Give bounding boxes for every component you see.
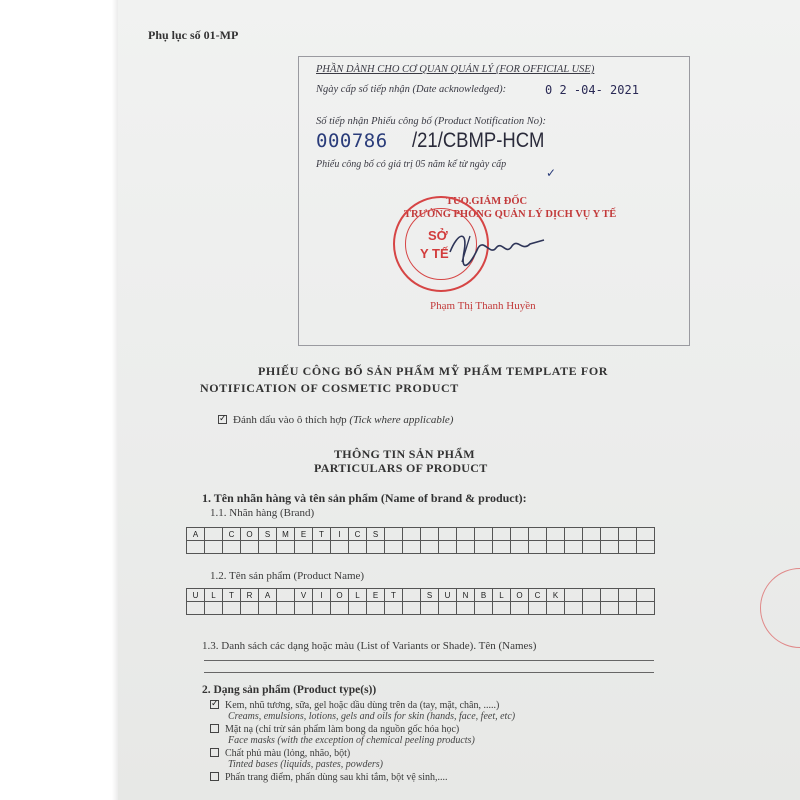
product-type-option: Phấn trang điểm, phấn dùng sau khi tắm, … xyxy=(210,772,447,783)
grid-cell xyxy=(259,541,277,554)
grid-cell: U xyxy=(439,589,457,602)
grid-cell: E xyxy=(367,589,385,602)
product-type-option: Mặt nạ (chỉ trừ sản phẩm làm bong da ngu… xyxy=(210,724,459,735)
grid-cell xyxy=(601,528,619,541)
grid-cell xyxy=(457,528,475,541)
grid-cell xyxy=(529,541,547,554)
grid-cell xyxy=(583,528,601,541)
signatory-name: Phạm Thị Thanh Huyền xyxy=(430,300,536,312)
grid-cell xyxy=(277,541,295,554)
grid-cell xyxy=(313,541,331,554)
grid-cell xyxy=(583,541,601,554)
product-name-label: 1.2. Tên sản phẩm (Product Name) xyxy=(210,570,364,582)
product-type-option: Chất phủ màu (lỏng, nhão, bột) xyxy=(210,748,350,759)
brand-label: 1.1. Nhãn hàng (Brand) xyxy=(210,507,314,519)
grid-cell xyxy=(637,602,655,615)
grid-cell xyxy=(637,528,655,541)
grid-cell: I xyxy=(313,589,331,602)
product-type-label-vi: Mặt nạ (chỉ trừ sản phẩm làm bong da ngu… xyxy=(225,724,459,735)
grid-cell xyxy=(421,541,439,554)
grid-cell: S xyxy=(367,528,385,541)
product-type-label-en: Creams, emulsions, lotions, gels and oil… xyxy=(228,711,515,722)
grid-cell xyxy=(313,602,331,615)
grid-cell xyxy=(601,541,619,554)
product-type-label-vi: Chất phủ màu (lỏng, nhão, bột) xyxy=(225,748,350,759)
checkbox-checked-icon[interactable] xyxy=(210,700,219,709)
grid-cell xyxy=(619,602,637,615)
annex-label: Phụ lục số 01-MP xyxy=(148,28,238,43)
grid-cell xyxy=(367,602,385,615)
notification-number: 000786 xyxy=(316,130,388,152)
grid-cell xyxy=(457,541,475,554)
product-name-grid: ULTRAVIOLETSUNBLOCK xyxy=(186,588,655,615)
grid-cell xyxy=(493,528,511,541)
form-title-line1: PHIẾU CÔNG BỐ SẢN PHẨM MỸ PHẨM TEMPLATE … xyxy=(258,364,608,379)
grid-cell xyxy=(601,589,619,602)
grid-cell: C xyxy=(349,528,367,541)
date-acknowledged-label: Ngày cấp số tiếp nhận (Date acknowledged… xyxy=(316,84,506,95)
grid-cell xyxy=(439,528,457,541)
grid-cell xyxy=(601,602,619,615)
grid-cell xyxy=(529,528,547,541)
section-title-en: PARTICULARS OF PRODUCT xyxy=(314,461,488,476)
grid-cell xyxy=(205,541,223,554)
grid-cell: C xyxy=(529,589,547,602)
grid-cell xyxy=(349,541,367,554)
official-use-heading: PHẦN DÀNH CHO CƠ QUAN QUẢN LÝ (FOR OFFIC… xyxy=(316,64,594,75)
product-type-label-vi: Kem, nhũ tương, sữa, gel hoặc dầu dùng t… xyxy=(225,700,499,711)
grid-cell: T xyxy=(313,528,331,541)
grid-cell xyxy=(511,602,529,615)
question-1-title: 1. Tên nhãn hàng và tên sản phẩm (Name o… xyxy=(202,491,527,506)
grid-cell xyxy=(439,602,457,615)
grid-cell xyxy=(457,602,475,615)
checkbox-checked-icon xyxy=(218,415,227,424)
grid-cell xyxy=(475,528,493,541)
grid-cell xyxy=(331,541,349,554)
tick-instruction-en: (Tick where applicable) xyxy=(349,414,453,426)
grid-cell: S xyxy=(421,589,439,602)
grid-cell xyxy=(385,602,403,615)
grid-cell xyxy=(547,602,565,615)
grid-cell: L xyxy=(493,589,511,602)
grid-cell xyxy=(421,528,439,541)
checkbox-icon[interactable] xyxy=(210,748,219,757)
tick-instruction-vi: Đánh dấu vào ô thích hợp xyxy=(233,414,347,426)
grid-cell xyxy=(205,528,223,541)
grid-cell xyxy=(493,541,511,554)
grid-cell xyxy=(403,602,421,615)
grid-cell xyxy=(403,541,421,554)
grid-cell xyxy=(277,589,295,602)
grid-cell xyxy=(349,602,367,615)
variants-line-2 xyxy=(204,672,654,673)
grid-cell xyxy=(511,528,529,541)
grid-cell xyxy=(403,528,421,541)
grid-cell xyxy=(493,602,511,615)
grid-cell xyxy=(583,602,601,615)
section-title-vi: THÔNG TIN SẢN PHẨM xyxy=(334,447,475,462)
grid-cell xyxy=(637,541,655,554)
grid-cell: M xyxy=(277,528,295,541)
grid-cell xyxy=(295,602,313,615)
grid-cell xyxy=(511,541,529,554)
grid-cell: B xyxy=(475,589,493,602)
question-2-title: 2. Dạng sản phẩm (Product type(s)) xyxy=(202,684,376,696)
grid-cell: L xyxy=(349,589,367,602)
product-type-label-vi: Phấn trang điểm, phấn dùng sau khi tắm, … xyxy=(225,772,447,783)
grid-cell xyxy=(619,528,637,541)
grid-cell: S xyxy=(259,528,277,541)
date-acknowledged-value: 0 2 -04- 2021 xyxy=(545,83,639,97)
grid-cell xyxy=(277,602,295,615)
grid-cell xyxy=(223,602,241,615)
grid-cell xyxy=(565,528,583,541)
grid-cell xyxy=(529,602,547,615)
grid-cell: E xyxy=(295,528,313,541)
variants-label: 1.3. Danh sách các dạng hoặc màu (List o… xyxy=(202,640,536,652)
grid-cell: C xyxy=(223,528,241,541)
grid-cell xyxy=(565,589,583,602)
grid-cell: R xyxy=(241,589,259,602)
grid-cell xyxy=(439,541,457,554)
product-type-label-en: Tinted bases (liquids, pastes, powders) xyxy=(228,759,383,770)
grid-cell xyxy=(475,541,493,554)
grid-cell xyxy=(367,541,385,554)
form-title-line2: NOTIFICATION OF COSMETIC PRODUCT xyxy=(200,381,459,396)
grid-cell: I xyxy=(331,528,349,541)
grid-cell xyxy=(637,589,655,602)
grid-cell xyxy=(547,528,565,541)
grid-cell: N xyxy=(457,589,475,602)
grid-cell: O xyxy=(241,528,259,541)
validity-text: Phiếu công bố có giá trị 05 năm kể từ ng… xyxy=(316,159,506,170)
grid-cell: A xyxy=(187,528,205,541)
grid-cell xyxy=(331,602,349,615)
checkbox-icon[interactable] xyxy=(210,724,219,733)
grid-cell xyxy=(619,589,637,602)
grid-cell xyxy=(619,541,637,554)
checkbox-icon[interactable] xyxy=(210,772,219,781)
grid-cell xyxy=(583,589,601,602)
grid-cell xyxy=(241,602,259,615)
grid-cell xyxy=(475,602,493,615)
grid-cell: U xyxy=(187,589,205,602)
grid-cell: V xyxy=(295,589,313,602)
variants-line-1 xyxy=(204,660,654,661)
grid-cell: A xyxy=(259,589,277,602)
product-type-option: Kem, nhũ tương, sữa, gel hoặc dầu dùng t… xyxy=(210,700,499,711)
grid-cell: T xyxy=(223,589,241,602)
brand-grid: ACOSMETICS xyxy=(186,527,655,554)
grid-cell xyxy=(385,528,403,541)
grid-cell xyxy=(547,541,565,554)
notification-suffix: /21/CBMP-HCM xyxy=(412,129,544,153)
grid-cell xyxy=(187,541,205,554)
grid-cell xyxy=(259,602,277,615)
grid-cell xyxy=(385,541,403,554)
grid-cell: L xyxy=(205,589,223,602)
grid-cell xyxy=(421,602,439,615)
tick-instruction: Đánh dấu vào ô thích hợp (Tick where app… xyxy=(218,414,453,426)
grid-cell xyxy=(565,602,583,615)
product-type-label-en: Face masks (with the exception of chemic… xyxy=(228,735,475,746)
grid-cell xyxy=(565,541,583,554)
grid-cell: K xyxy=(547,589,565,602)
grid-cell: O xyxy=(331,589,349,602)
grid-cell xyxy=(403,589,421,602)
grid-cell xyxy=(295,541,313,554)
grid-cell: T xyxy=(385,589,403,602)
grid-cell xyxy=(187,602,205,615)
grid-cell xyxy=(241,541,259,554)
grid-cell: O xyxy=(511,589,529,602)
notification-number-label: Số tiếp nhận Phiếu công bố (Product Noti… xyxy=(316,116,546,127)
grid-cell xyxy=(205,602,223,615)
grid-cell xyxy=(223,541,241,554)
handwritten-tick: ✓ xyxy=(546,166,556,181)
signature xyxy=(440,222,550,272)
